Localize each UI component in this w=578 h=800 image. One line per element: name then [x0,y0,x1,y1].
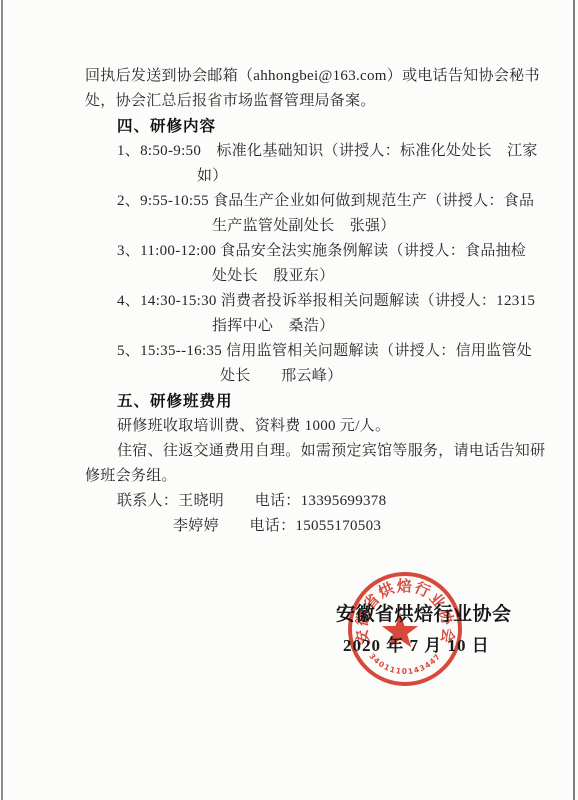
document-line: 修班会务组。 [85,464,545,489]
signature-org-name: 安徽省烘焙行业协会 [336,599,512,626]
document-line: 处长 邢云峰） [220,364,545,389]
signature-date: 2020 年 7 月 10 日 [343,631,490,656]
document-line: 指挥中心 桑浩） [212,314,545,339]
document-line: 4、14:30-15:30 消费者投诉举报相关问题解读（讲授人：12315 [117,289,545,314]
document-line: 5、15:35--16:35 信用监管相关问题解读（讲授人：信用监管处 [117,339,545,364]
document-line: 回执后发送到协会邮箱（ahhongbei@163.com）或电话告知协会秘书 [85,64,545,89]
document-line: 处处长 殷亚东） [212,264,545,289]
document-page: 回执后发送到协会邮箱（ahhongbei@163.com）或电话告知协会秘书处，… [0,0,578,800]
document-line: 2、9:55-10:55 食品生产企业如何做到规范生产（讲授人：食品 [117,189,545,214]
document-body: 回执后发送到协会邮箱（ahhongbei@163.com）或电话告知协会秘书处，… [85,64,545,539]
section-heading: 五、研修班费用 [117,389,545,414]
page-edge-left [1,0,3,800]
document-line: 1、8:50-9:50 标准化基础知识（讲授人：标准化处处长 江家 [117,139,545,164]
document-line: 处，协会汇总后报省市场监督管理局备案。 [85,89,545,114]
page-edge-right [573,0,575,800]
section-heading: 四、研修内容 [117,114,545,139]
document-line: 研修班收取培训费、资料费 1000 元/人。 [117,414,545,439]
document-line: 住宿、往返交通费用自理。如需预定宾馆等服务，请电话告知研 [117,439,545,464]
document-line: 生产监管处副处长 张强） [212,214,545,239]
association-seal: 安徽省烘焙行业协会 3401110143447 [330,554,480,704]
document-line: 李婷婷 电话：15055170503 [173,514,545,539]
document-line: 联系人：王晓明 电话：13395699378 [117,489,545,514]
document-line: 如） [197,164,545,189]
document-line: 3、11:00-12:00 食品安全法实施条例解读（讲授人：食品抽检 [117,239,545,264]
